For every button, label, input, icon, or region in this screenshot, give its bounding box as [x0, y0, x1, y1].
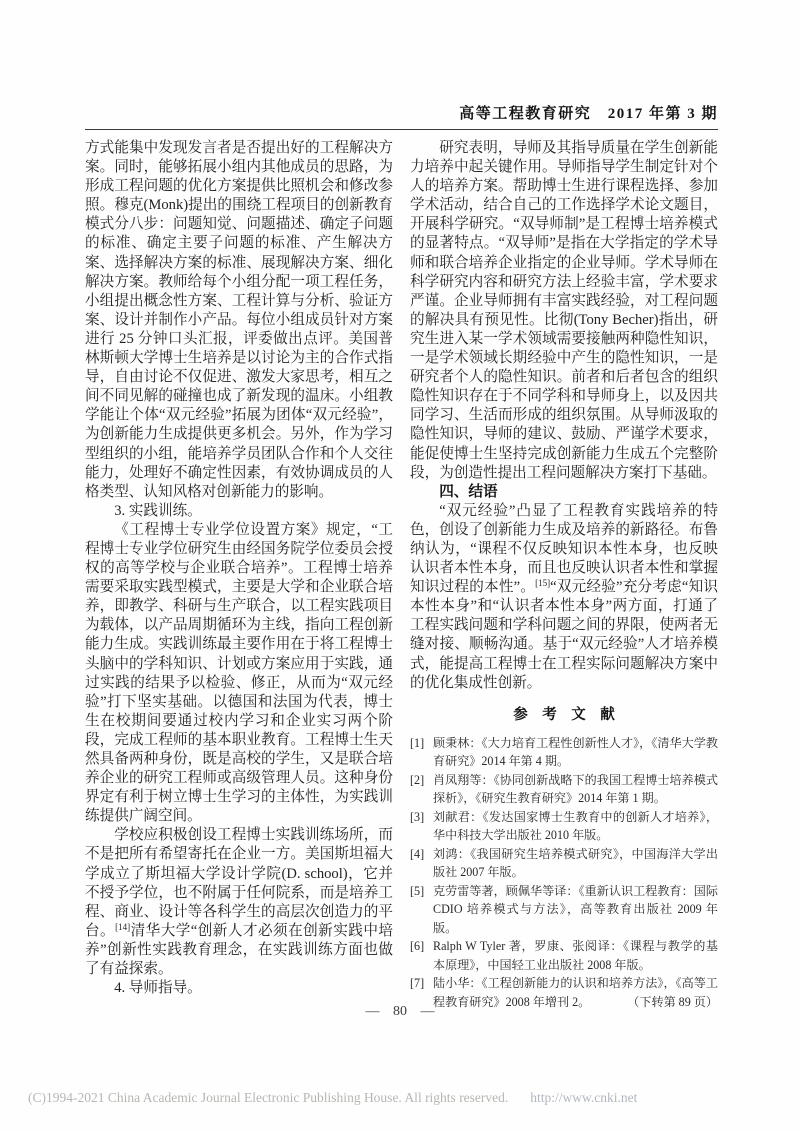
reference-number: [7] — [410, 974, 424, 993]
section-heading: 四、结语 — [410, 483, 718, 502]
text-run: 4. 导师指导。 — [114, 980, 202, 996]
text-run: 3. 实践训练。 — [114, 503, 202, 519]
paper-page: 高等工程教育研究 2017 年第 3 期 方式能集中发现发言者是否提出好的工程解… — [0, 0, 800, 1131]
paragraph: 4. 导师指导。 — [85, 979, 393, 998]
text-run: 研究表明，导师及其指导质量在学生创新能力培养中起关键作用。导师指导学生制定针对个… — [410, 140, 718, 481]
reference-number: [3] — [410, 808, 424, 827]
reference-text: 刘鸿：《我国研究生培养模式研究》，中国海洋大学出版社 2007 年版。 — [433, 847, 718, 880]
reference-number: [1] — [410, 734, 424, 753]
citation-superscript: [15] — [535, 578, 550, 588]
page-number: — 80 — — [0, 1004, 800, 1020]
text-run: “双元经验”充分考虑“知识本性本身”和“认识者本性本身”两方面，打通了工程实践问… — [410, 579, 718, 690]
references-heading: 参 考 文 献 — [410, 705, 718, 725]
reference-text: 克劳雷等著，顾佩华等译：《重新认识工程教育：国际 CDIO 培养模式与方法》，高… — [433, 884, 718, 935]
reference-text: Ralph W Tyler 著，罗康、张阅译：《课程与教学的基本原理》，中国轻工… — [433, 939, 718, 972]
scan-footer: (C)1994-2021 China Academic Journal Elec… — [28, 1089, 772, 1107]
text-run: 四、结语 — [439, 484, 497, 500]
citation-superscript: [14] — [115, 922, 130, 932]
reference-item: [4]刘鸿：《我国研究生培养模式研究》，中国海洋大学出版社 2007 年版。 — [410, 845, 718, 882]
header-rule — [85, 129, 718, 130]
text-run: 清华大学“创新人才必须在创新实践中培养”创新性实践教育理念，在实践训练方面也做了… — [85, 923, 393, 977]
reference-item: [2]肖凤翔等：《协同创新战略下的我国工程博士培养模式探析》，《研究生教育研究》… — [410, 771, 718, 808]
journal-header: 高等工程教育研究 2017 年第 3 期 — [85, 102, 718, 123]
reference-item: [3]刘献君：《发达国家博士生教育中的创新人才培养》，华中科技大学出版社 201… — [410, 808, 718, 845]
reference-number: [4] — [410, 845, 424, 864]
reference-number: [5] — [410, 882, 424, 901]
paragraph: 研究表明，导师及其指导质量在学生创新能力培养中起关键作用。导师指导学生制定针对个… — [410, 139, 718, 483]
reference-number: [6] — [410, 937, 424, 956]
paragraph: “双元经验”凸显了工程教育实践培养的特色，创设了创新能力生成及培养的新路径。布鲁… — [410, 502, 718, 693]
reference-text: 肖凤翔等：《协同创新战略下的我国工程博士培养模式探析》，《研究生教育研究》201… — [433, 773, 718, 806]
cnki-url: http://www.cnki.net — [530, 1090, 637, 1105]
reference-text: 顾秉林：《大力培育工程性创新性人才》，《清华大学教育研究》2014 年第 4 期… — [433, 736, 718, 769]
text-run: 方式能集中发现发言者是否提出好的工程解决方案。同时，能够拓展小组内其他成员的思路… — [85, 140, 393, 500]
copyright-text: (C)1994-2021 China Academic Journal Elec… — [28, 1090, 508, 1105]
reference-number: [2] — [410, 771, 424, 790]
text-run: 《工程博士专业学位设置方案》规定，“工程博士专业学位研究生由经国务院学位委员会授… — [85, 522, 393, 824]
text-run: 参 考 文 献 — [513, 707, 615, 723]
reference-item: [5]克劳雷等著，顾佩华等译：《重新认识工程教育：国际 CDIO 培养模式与方法… — [410, 882, 718, 938]
paragraph: 学校应积极创设工程博士实践训练场所，而不是把所有希望寄托在企业一方。美国斯坦福大… — [85, 826, 393, 979]
reference-item: [6]Ralph W Tyler 著，罗康、张阅译：《课程与教学的基本原理》，中… — [410, 937, 718, 974]
left-column: 方式能集中发现发言者是否提出好的工程解决方案。同时，能够拓展小组内其他成员的思路… — [85, 139, 393, 998]
reference-item: [1]顾秉林：《大力培育工程性创新性人才》，《清华大学教育研究》2014 年第 … — [410, 734, 718, 771]
reference-text: 刘献君：《发达国家博士生教育中的创新人才培养》，华中科技大学出版社 2010 年… — [433, 810, 718, 843]
paragraph: 《工程博士专业学位设置方案》规定，“工程博士专业学位研究生由经国务院学位委员会授… — [85, 521, 393, 827]
paragraph: 3. 实践训练。 — [85, 502, 393, 521]
paragraph: 方式能集中发现发言者是否提出好的工程解决方案。同时，能够拓展小组内其他成员的思路… — [85, 139, 393, 502]
right-column: 研究表明，导师及其指导质量在学生创新能力培养中起关键作用。导师指导学生制定针对个… — [410, 139, 718, 1011]
